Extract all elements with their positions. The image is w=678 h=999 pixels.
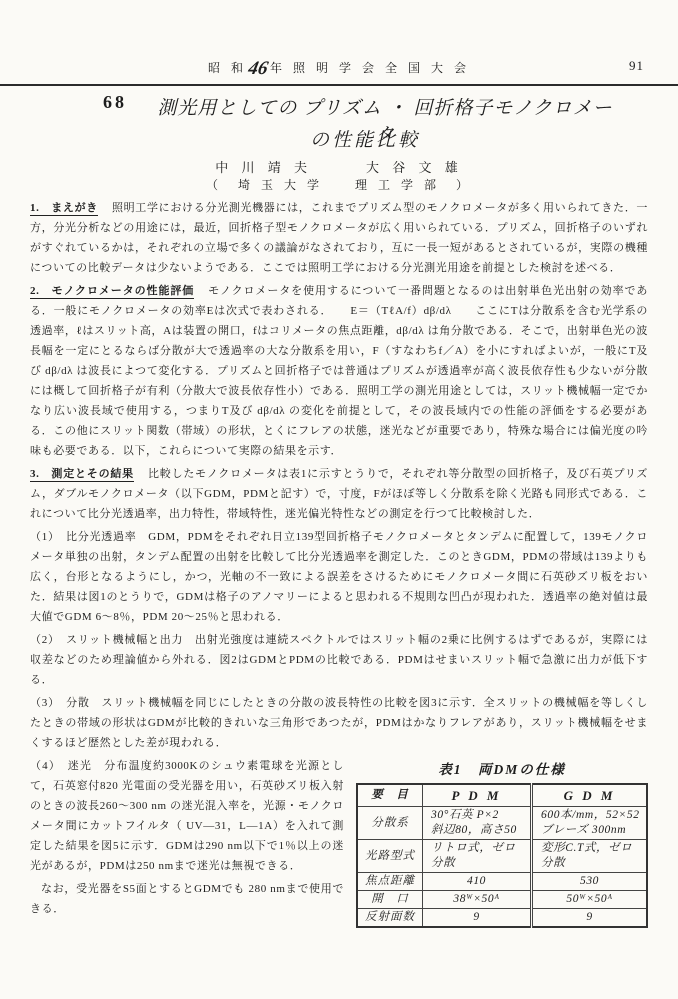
table-row: 分散系 30°石英 P×2 斜辺80，高さ50 600本/mm，52×52 ブレ…	[357, 807, 647, 840]
section-2-heading: 2. モノクロメータの性能評価	[30, 285, 194, 299]
running-head: 昭 和46年 照 明 学 会 全 国 大 会	[0, 56, 678, 82]
section-1: 1. まえがき照明工学における分光測光機器には，これまでプリズム型のモノクロメー…	[30, 198, 648, 278]
table-header-pdm: P D M	[423, 784, 532, 807]
paragraph-3: （3） 分散 スリット機械幅を同じにしたときの分散の波長特性の比較を図3に示す．…	[30, 693, 648, 753]
cell-gdm-focal-length: 530	[532, 873, 648, 891]
cell-pdm-dispersion: 30°石英 P×2 斜辺80，高さ50	[423, 807, 532, 840]
section-1-heading: 1. まえがき	[30, 202, 98, 216]
cell-pdm-aperture: 38ᵂ×50ᴬ	[423, 891, 532, 909]
header-rule	[0, 84, 678, 86]
paragraph-1: （1） 比分光透過率 GDM，PDMをそれぞれ日立139型回折格子モノクロメータ…	[30, 527, 648, 627]
authors: 中 川 靖 夫 大 谷 文 雄	[0, 157, 678, 176]
paragraph-2: （2） スリット機械幅と出力 出射光強度は連続スペクトルではスリット幅の2乗に比…	[30, 630, 648, 690]
section-2-body: モノクロメータを使用するについて一番問題となるのは出射単色光出射の効率である．一…	[30, 285, 648, 457]
section-1-body: 照明工学における分光測光機器には，これまでプリズム型のモノクロメータが多く用いら…	[30, 202, 648, 274]
section-3: 3. 測定とその結果比較したモノクロメータは表1に示すとうりで，それぞれ等分散型…	[30, 464, 648, 524]
conference-era: 昭 和	[208, 61, 247, 75]
paper-number: 68	[103, 92, 127, 113]
section-3-heading: 3. 測定とその結果	[30, 468, 134, 482]
cell-pdm-reflecting-surfaces: 9	[423, 909, 532, 928]
row-label-dispersion: 分散系	[357, 807, 423, 840]
table-row: 開 口 38ᵂ×50ᴬ 50ᵂ×50ᴬ	[357, 891, 647, 909]
paper-body: 1. まえがき照明工学における分光測光機器には，これまでプリズム型のモノクロメー…	[30, 198, 648, 932]
row-label-aperture: 開 口	[357, 891, 423, 909]
cell-pdm-optical-path: リトロ式，ゼロ分散	[423, 840, 532, 873]
cell-gdm-optical-path: 変形C.T式，ゼロ分散	[532, 840, 648, 873]
table-row: 反射面数 9 9	[357, 909, 647, 928]
page-number: 91	[629, 58, 644, 74]
cell-gdm-reflecting-surfaces: 9	[532, 909, 648, 928]
section-2: 2. モノクロメータの性能評価モノクロメータを使用するについて一番問題となるのは…	[30, 281, 648, 461]
table-header-item: 要 目	[357, 784, 423, 807]
table-row: 焦点距離 410 530	[357, 873, 647, 891]
paper-page: 昭 和46年 照 明 学 会 全 国 大 会 91 68 測光用としての プリズ…	[0, 0, 678, 999]
cell-gdm-dispersion: 600本/mm，52×52 ブレーズ 300nm	[532, 807, 648, 840]
table-row: 光路型式 リトロ式，ゼロ分散 変形C.T式，ゼロ分散	[357, 840, 647, 873]
affiliation: （ 埼 玉 大 学 理 工 学 部 ）	[0, 176, 678, 193]
row-label-focal-length: 焦点距離	[357, 873, 423, 891]
handwritten-year: 46	[244, 58, 272, 80]
cell-pdm-focal-length: 410	[423, 873, 532, 891]
table-header-row: 要 目 P D M G D M	[357, 784, 647, 807]
row-label-reflecting-surfaces: 反射面数	[357, 909, 423, 928]
table-header-gdm: G D M	[532, 784, 648, 807]
cell-gdm-aperture: 50ᵂ×50ᴬ	[532, 891, 648, 909]
spec-table-block: 表1 両DMの仕様 要 目 P D M G D M 分散系 30°石英 P×2 …	[356, 760, 648, 928]
spec-table: 要 目 P D M G D M 分散系 30°石英 P×2 斜辺80，高さ50 …	[356, 783, 648, 928]
conference-name: 年 照 明 学 会 全 国 大 会	[270, 61, 470, 75]
paper-title-line2: の性能比較	[240, 125, 490, 152]
row-label-optical-path: 光路型式	[357, 840, 423, 873]
table-caption: 表1 両DMの仕様	[356, 760, 648, 780]
